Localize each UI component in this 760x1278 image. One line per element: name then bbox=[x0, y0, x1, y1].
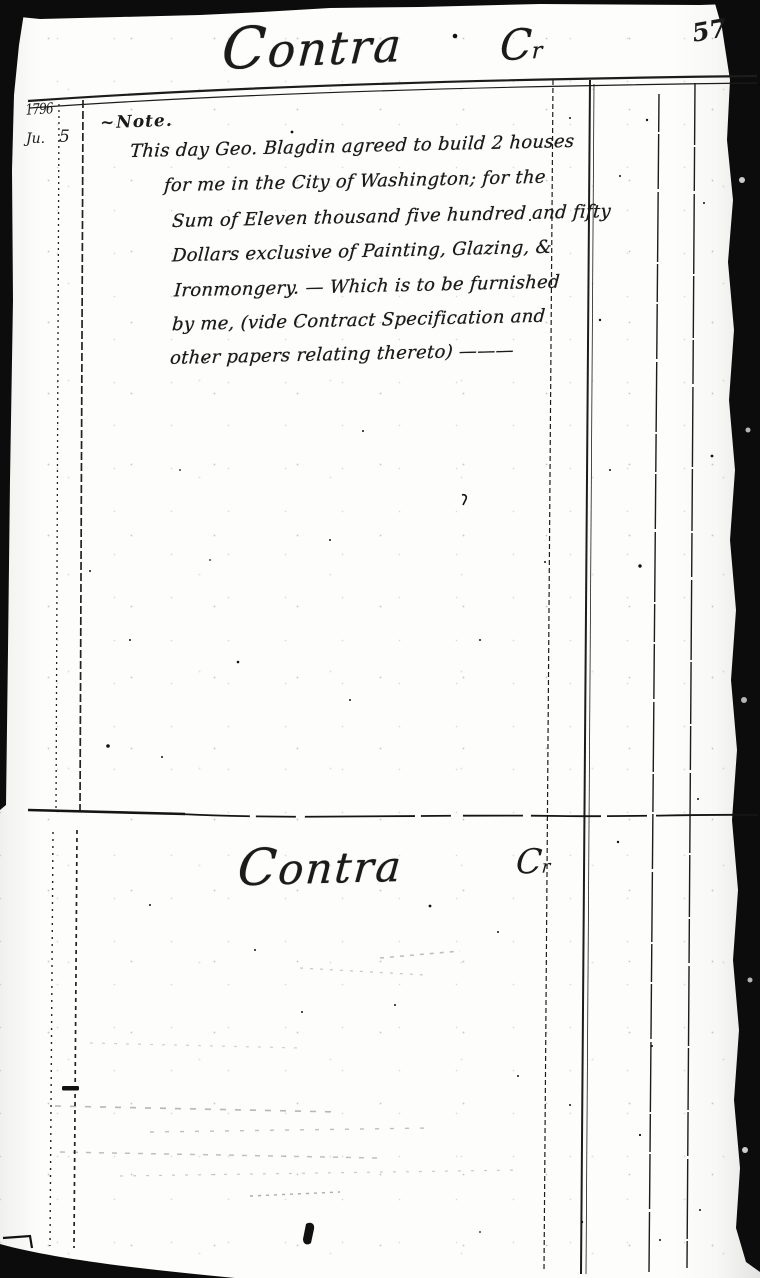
margin-day: 5 bbox=[59, 127, 70, 147]
bleedthrough-smudges bbox=[55, 951, 520, 1196]
column-lines-lower-left bbox=[50, 830, 77, 1248]
section-divider-rule bbox=[28, 810, 758, 817]
bottom-heading: Contra bbox=[236, 834, 406, 897]
bottom-credit-abbr: Cr bbox=[515, 841, 552, 882]
page-number: 57 bbox=[690, 13, 729, 48]
margin-month: Ju. bbox=[26, 131, 45, 147]
margin-year: 1796 bbox=[25, 99, 53, 118]
column-lines-upper-left bbox=[56, 100, 83, 812]
top-credit-abbr: Cr bbox=[499, 18, 543, 70]
left-gutter-edge bbox=[0, 0, 26, 810]
note-label: ~Note. bbox=[100, 111, 173, 134]
note-flourish: ~ bbox=[100, 113, 117, 134]
top-rule bbox=[28, 76, 757, 108]
column-lines-right bbox=[544, 80, 695, 1274]
bottom-corner-curl bbox=[0, 1244, 235, 1278]
binding-edge bbox=[714, 0, 760, 1272]
ledger-page: Contra Cr 57 1796 Ju. 5 ~Note. This day … bbox=[0, 0, 760, 1278]
scan-artifacts bbox=[0, 0, 760, 1278]
top-heading: Contra bbox=[220, 8, 405, 83]
